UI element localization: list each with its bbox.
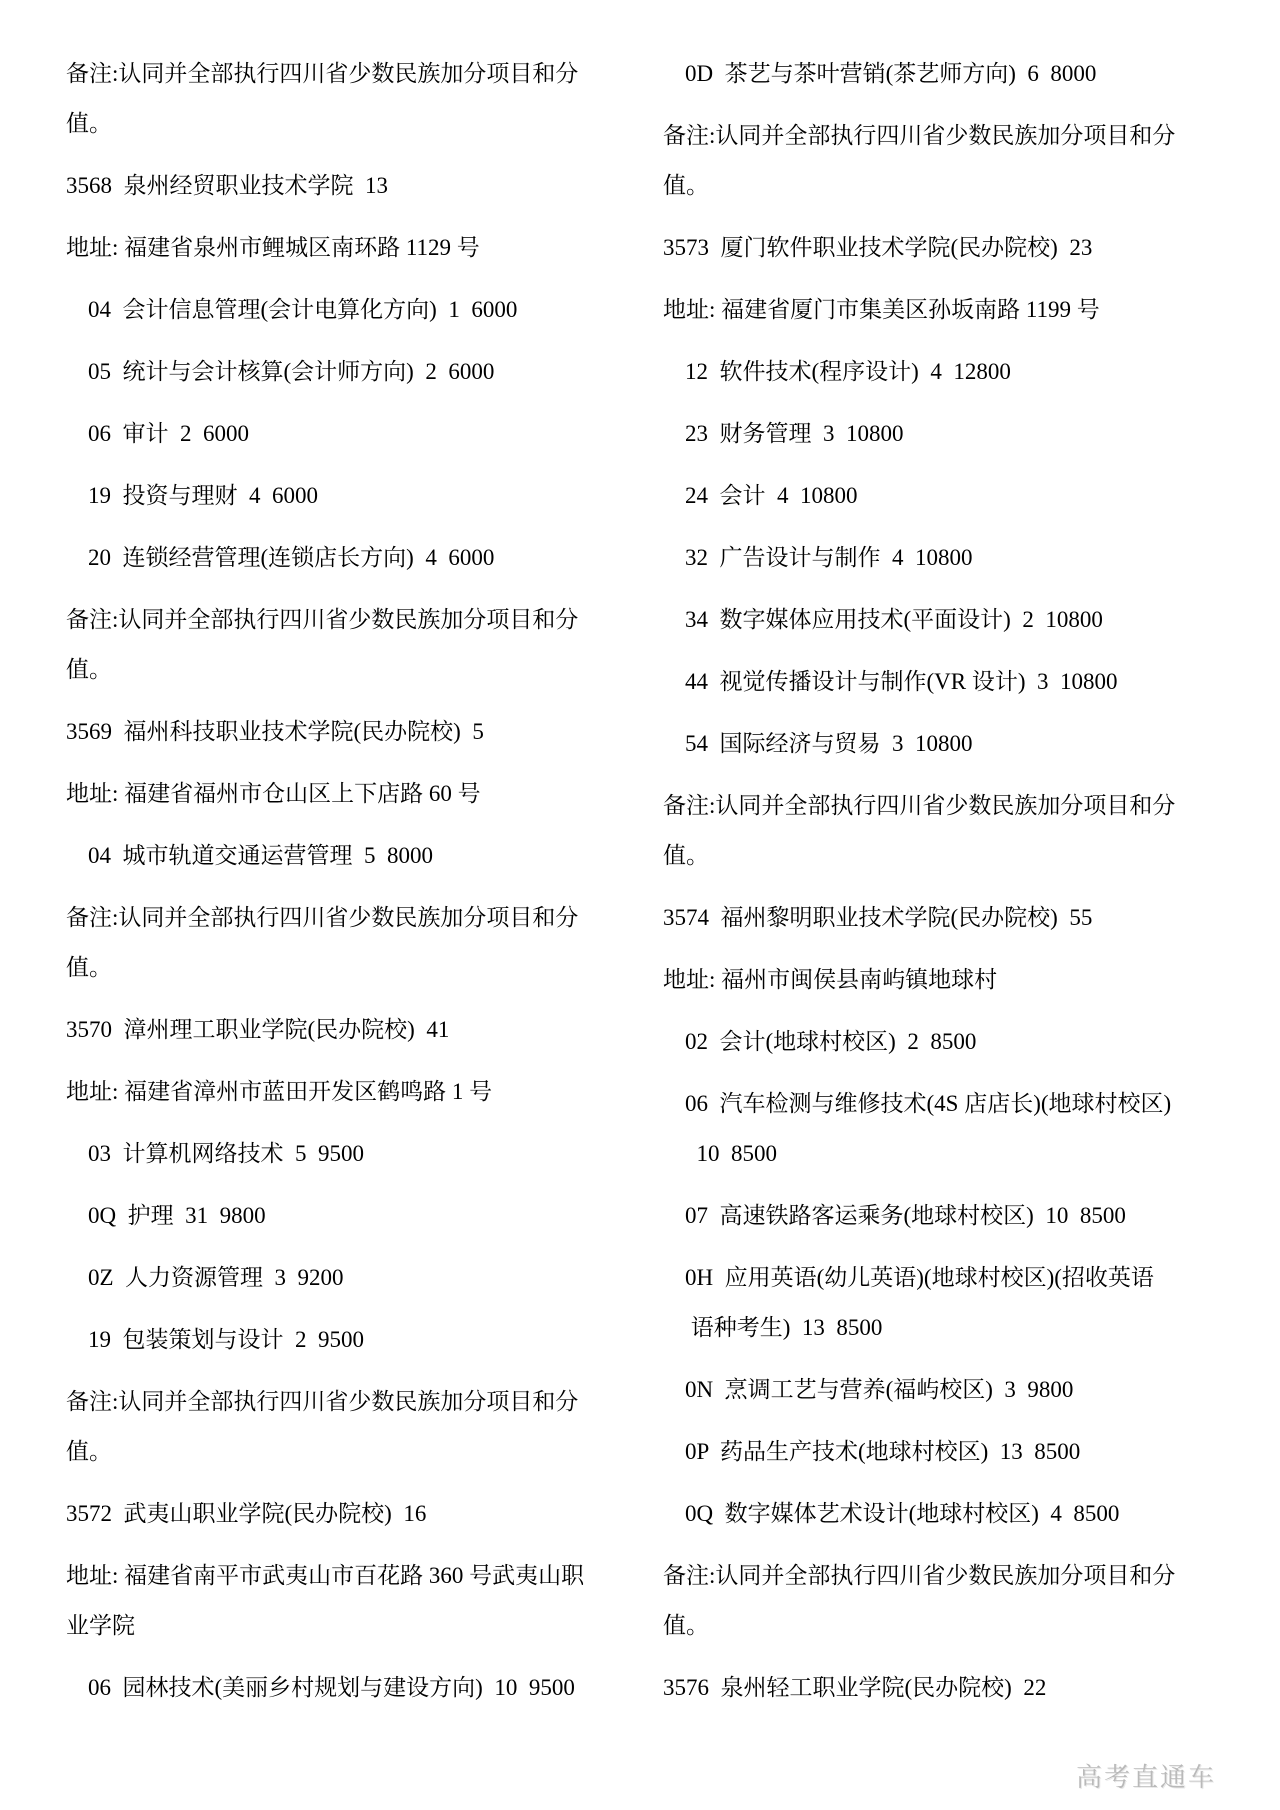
note-line: 备注:认同并全部执行四川省少数民族加分项目和分 值。: [663, 781, 1223, 881]
right-column: 0D 茶艺与茶叶营销(茶艺师方向) 6 8000备注:认同并全部执行四川省少数民…: [663, 49, 1223, 1725]
address-line: 地址: 福州市闽侯县南屿镇地球村: [663, 955, 1223, 1005]
program-line: 04 会计信息管理(会计电算化方向) 1 6000: [66, 285, 626, 335]
document-page: 备注:认同并全部执行四川省少数民族加分项目和分 值。3568 泉州经贸职业技术学…: [0, 0, 1280, 1810]
program-line: 06 汽车检测与维修技术(4S 店店长)(地球村校区) 10 8500: [663, 1079, 1223, 1179]
note-line: 备注:认同并全部执行四川省少数民族加分项目和分 值。: [66, 49, 626, 149]
program-line: 06 审计 2 6000: [66, 409, 626, 459]
note-line: 备注:认同并全部执行四川省少数民族加分项目和分 值。: [66, 1377, 626, 1477]
program-line: 23 财务管理 3 10800: [663, 409, 1223, 459]
program-line: 32 广告设计与制作 4 10800: [663, 533, 1223, 583]
program-line: 24 会计 4 10800: [663, 471, 1223, 521]
program-line: 0H 应用英语(幼儿英语)(地球村校区)(招收英语 语种考生) 13 8500: [663, 1253, 1223, 1353]
program-line: 05 统计与会计核算(会计师方向) 2 6000: [66, 347, 626, 397]
school-line: 3569 福州科技职业技术学院(民办院校) 5: [66, 707, 626, 757]
program-line: 0Z 人力资源管理 3 9200: [66, 1253, 626, 1303]
school-line: 3576 泉州轻工职业学院(民办院校) 22: [663, 1663, 1223, 1713]
left-column: 备注:认同并全部执行四川省少数民族加分项目和分 值。3568 泉州经贸职业技术学…: [66, 49, 626, 1725]
address-line: 地址: 福建省福州市仓山区上下店路 60 号: [66, 769, 626, 819]
note-line: 备注:认同并全部执行四川省少数民族加分项目和分 值。: [663, 1551, 1223, 1651]
address-line: 地址: 福建省漳州市蓝田开发区鹤鸣路 1 号: [66, 1067, 626, 1117]
program-line: 34 数字媒体应用技术(平面设计) 2 10800: [663, 595, 1223, 645]
program-line: 19 投资与理财 4 6000: [66, 471, 626, 521]
program-line: 54 国际经济与贸易 3 10800: [663, 719, 1223, 769]
school-line: 3572 武夷山职业学院(民办院校) 16: [66, 1489, 626, 1539]
program-line: 20 连锁经营管理(连锁店长方向) 4 6000: [66, 533, 626, 583]
program-line: 0Q 数字媒体艺术设计(地球村校区) 4 8500: [663, 1489, 1223, 1539]
program-line: 03 计算机网络技术 5 9500: [66, 1129, 626, 1179]
note-line: 备注:认同并全部执行四川省少数民族加分项目和分 值。: [66, 893, 626, 993]
program-line: 02 会计(地球村校区) 2 8500: [663, 1017, 1223, 1067]
school-line: 3574 福州黎明职业技术学院(民办院校) 55: [663, 893, 1223, 943]
address-line: 地址: 福建省南平市武夷山市百花路 360 号武夷山职 业学院: [66, 1551, 626, 1651]
address-line: 地址: 福建省厦门市集美区孙坂南路 1199 号: [663, 285, 1223, 335]
program-line: 04 城市轨道交通运营管理 5 8000: [66, 831, 626, 881]
program-line: 0N 烹调工艺与营养(福屿校区) 3 9800: [663, 1365, 1223, 1415]
school-line: 3570 漳州理工职业学院(民办院校) 41: [66, 1005, 626, 1055]
watermark: 高考直通车: [1076, 1757, 1216, 1794]
program-line: 0D 茶艺与茶叶营销(茶艺师方向) 6 8000: [663, 49, 1223, 99]
program-line: 12 软件技术(程序设计) 4 12800: [663, 347, 1223, 397]
school-line: 3573 厦门软件职业技术学院(民办院校) 23: [663, 223, 1223, 273]
program-line: 07 高速铁路客运乘务(地球村校区) 10 8500: [663, 1191, 1223, 1241]
program-line: 06 园林技术(美丽乡村规划与建设方向) 10 9500: [66, 1663, 626, 1713]
program-line: 0P 药品生产技术(地球村校区) 13 8500: [663, 1427, 1223, 1477]
program-line: 44 视觉传播设计与制作(VR 设计) 3 10800: [663, 657, 1223, 707]
address-line: 地址: 福建省泉州市鲤城区南环路 1129 号: [66, 223, 626, 273]
program-line: 19 包装策划与设计 2 9500: [66, 1315, 626, 1365]
note-line: 备注:认同并全部执行四川省少数民族加分项目和分 值。: [66, 595, 626, 695]
school-line: 3568 泉州经贸职业技术学院 13: [66, 161, 626, 211]
program-line: 0Q 护理 31 9800: [66, 1191, 626, 1241]
note-line: 备注:认同并全部执行四川省少数民族加分项目和分 值。: [663, 111, 1223, 211]
